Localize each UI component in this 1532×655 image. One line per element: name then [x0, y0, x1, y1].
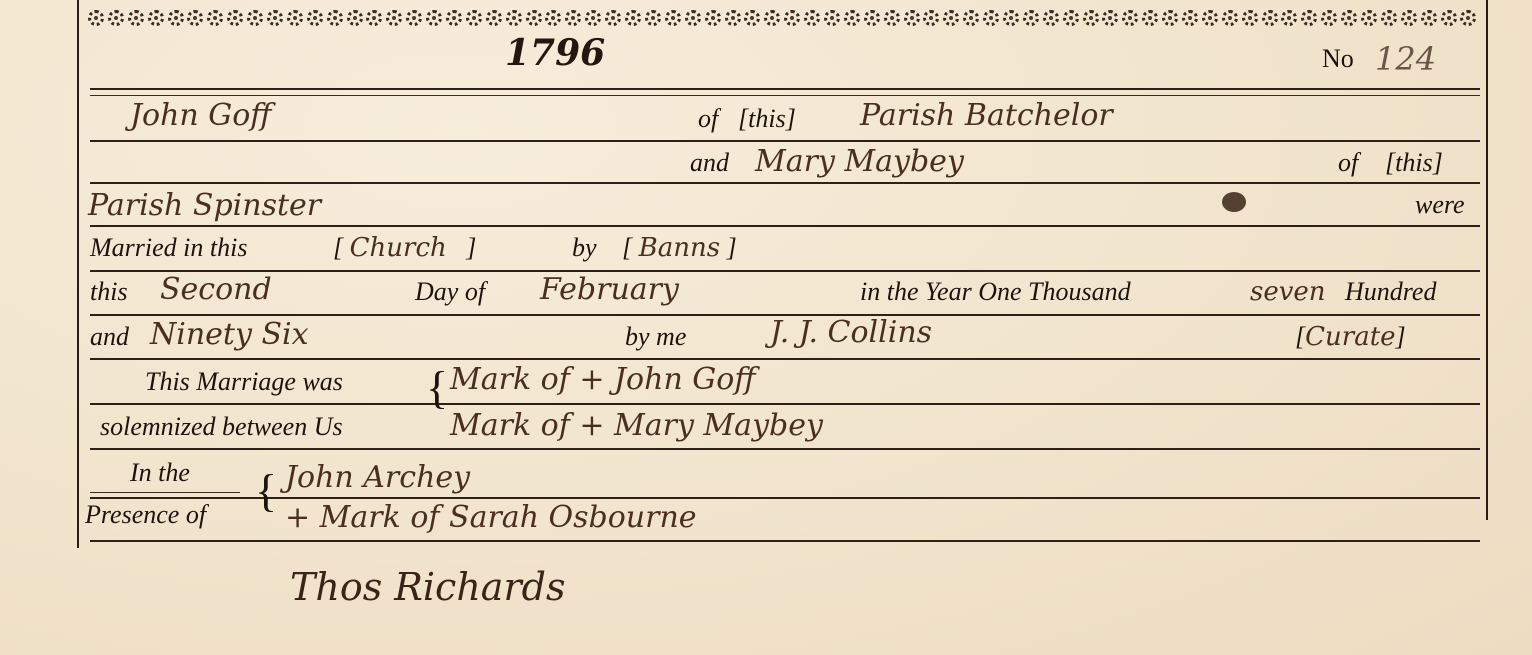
rosette-icon	[267, 10, 283, 26]
rosette-icon	[128, 10, 144, 26]
header-rule-inner	[90, 95, 1480, 96]
line-rule-3	[90, 225, 1480, 227]
by-label: by	[572, 233, 597, 263]
and-label-2: and	[90, 322, 129, 352]
rosette-icon	[705, 10, 721, 26]
of-bracket-2: [this]	[1385, 148, 1443, 178]
year-label: in the Year One Thousand	[860, 277, 1131, 307]
footer-signature: Thos Richards	[290, 565, 565, 609]
rosette-icon	[187, 10, 203, 26]
this-label: this	[90, 277, 128, 307]
rosette-icon	[565, 10, 581, 26]
right-border-line	[1486, 0, 1488, 520]
solemnized-label-2: solemnized between Us	[100, 412, 343, 442]
and-label-1: and	[690, 148, 729, 178]
were-label: were	[1415, 190, 1465, 220]
rosette-icon	[466, 10, 482, 26]
rosette-icon	[764, 10, 780, 26]
rosette-icon	[227, 10, 243, 26]
presence-label-1: In the	[130, 458, 190, 488]
rosette-icon	[347, 10, 363, 26]
rosette-icon	[1083, 10, 1099, 26]
line-rule-7	[90, 403, 1480, 405]
rosette-icon	[645, 10, 661, 26]
rosette-icon	[1182, 10, 1198, 26]
rosette-icon	[207, 10, 223, 26]
rosette-icon	[247, 10, 263, 26]
rosette-icon	[1301, 10, 1317, 26]
rosette-icon	[585, 10, 601, 26]
line-rule-8	[90, 448, 1480, 450]
line-rule-1	[90, 140, 1480, 142]
rosette-icon	[1202, 10, 1218, 26]
rosette-icon	[366, 10, 382, 26]
rosette-icon	[1361, 10, 1377, 26]
rosette-icon	[983, 10, 999, 26]
rosette-icon	[386, 10, 402, 26]
of-bracket-1: [this]	[738, 104, 796, 134]
rosette-icon	[88, 10, 104, 26]
solemnized-brace: {	[426, 365, 448, 411]
rosette-icon	[844, 10, 860, 26]
line-rule-2	[90, 182, 1480, 184]
rosette-icon	[784, 10, 800, 26]
rosette-icon	[1102, 10, 1118, 26]
officiant-name: J. J. Collins	[770, 315, 932, 350]
rosette-icon	[307, 10, 323, 26]
line-rule-10	[90, 540, 1480, 542]
century-value: seven	[1250, 277, 1326, 307]
rosette-icon	[1381, 10, 1397, 26]
entry-number-label: No	[1322, 44, 1354, 74]
rosette-icon	[1281, 10, 1297, 26]
bride-name: Mary Maybey	[755, 144, 964, 179]
rosette-icon	[545, 10, 561, 26]
line-rule-4	[90, 270, 1480, 272]
rosette-icon	[665, 10, 681, 26]
presence-label-rule	[90, 492, 240, 493]
rosette-icon	[108, 10, 124, 26]
rosette-icon	[1262, 10, 1278, 26]
ink-blot	[1222, 192, 1246, 212]
rosette-icon	[1401, 10, 1417, 26]
rosette-icon	[1421, 10, 1437, 26]
rosette-icon	[1142, 10, 1158, 26]
rosette-icon	[1341, 10, 1357, 26]
rosette-icon	[943, 10, 959, 26]
party2-mark: Mark of + Mary Maybey	[450, 408, 823, 443]
rosette-icon	[148, 10, 164, 26]
of-label-2: of	[1338, 148, 1358, 178]
officiant-title-bracket: [Curate]	[1295, 322, 1406, 352]
rosette-icon	[605, 10, 621, 26]
month-value: February	[540, 272, 679, 307]
rosette-icon	[1460, 10, 1476, 26]
rosette-icon	[526, 10, 542, 26]
rosette-icon	[904, 10, 920, 26]
bride-parish-status: Parish Spinster	[88, 188, 321, 223]
rosette-icon	[725, 10, 741, 26]
rosette-icon	[864, 10, 880, 26]
of-bracket-value-1: this	[748, 104, 786, 133]
header-rule	[90, 88, 1480, 90]
rosette-icon	[1321, 10, 1337, 26]
party1-mark: Mark of + John Goff	[450, 362, 756, 397]
place-value: Church	[350, 233, 447, 263]
method-bracket: [ Banns ]	[622, 233, 737, 263]
ornamental-border	[88, 6, 1480, 30]
line-rule-6	[90, 358, 1480, 360]
rosette-icon	[446, 10, 462, 26]
by-me-label: by me	[625, 322, 686, 352]
rosette-icon	[287, 10, 303, 26]
rosette-icon	[1122, 10, 1138, 26]
method-value: Banns	[639, 233, 720, 263]
year-words-value: Ninety Six	[150, 317, 309, 352]
rosette-icon	[824, 10, 840, 26]
rosette-icon	[685, 10, 701, 26]
rosette-icon	[1162, 10, 1178, 26]
left-border-line	[77, 0, 79, 548]
married-in-label: Married in this	[90, 233, 247, 263]
presence-brace: {	[255, 468, 277, 514]
rosette-icon	[1242, 10, 1258, 26]
rosette-icon	[1063, 10, 1079, 26]
rosette-icon	[1222, 10, 1238, 26]
witness-1: John Archey	[285, 460, 470, 495]
entry-number-value: 124	[1375, 40, 1436, 78]
rosette-icon	[486, 10, 502, 26]
presence-label-2: Presence of	[85, 500, 206, 530]
day-value: Second	[160, 272, 272, 307]
witness-2: + Mark of Sarah Osbourne	[285, 500, 697, 535]
rosette-icon	[506, 10, 522, 26]
day-of-label: Day of	[415, 277, 485, 307]
line-rule-9	[90, 497, 1480, 499]
rosette-icon	[426, 10, 442, 26]
register-year: 1796	[505, 32, 605, 74]
rosette-icon	[923, 10, 939, 26]
officiant-title: Curate	[1305, 322, 1395, 352]
rosette-icon	[744, 10, 760, 26]
hundred-label: Hundred	[1345, 277, 1436, 307]
rosette-icon	[1003, 10, 1019, 26]
rosette-icon	[1441, 10, 1457, 26]
solemnized-label-1: This Marriage was	[145, 367, 343, 397]
rosette-icon	[406, 10, 422, 26]
rosette-icon	[963, 10, 979, 26]
rosette-icon	[804, 10, 820, 26]
rosette-icon	[625, 10, 641, 26]
rosette-icon	[1023, 10, 1039, 26]
rosette-icon	[168, 10, 184, 26]
place-bracket: [ Church ]	[333, 233, 476, 263]
rosette-icon	[884, 10, 900, 26]
rosette-icon	[1043, 10, 1059, 26]
groom-parish-status: Parish Batchelor	[860, 98, 1113, 133]
groom-name: John Goff	[130, 98, 272, 133]
of-label-1: of	[698, 104, 718, 134]
of-bracket-value-2: this	[1395, 148, 1433, 177]
rosette-icon	[327, 10, 343, 26]
